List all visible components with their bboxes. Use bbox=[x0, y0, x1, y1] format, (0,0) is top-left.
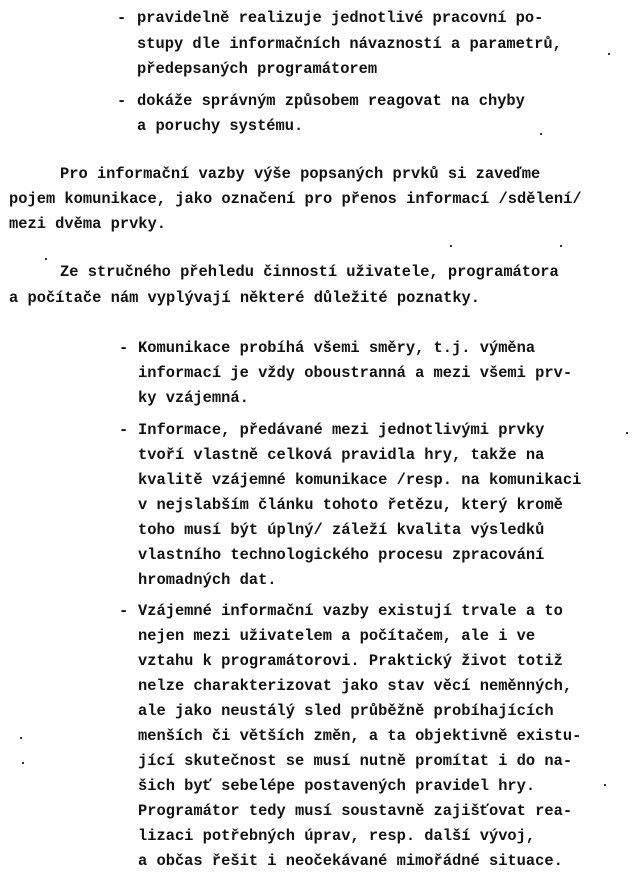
scan-speck bbox=[608, 53, 610, 55]
scan-speck bbox=[450, 245, 452, 247]
scan-speck bbox=[626, 432, 628, 434]
list-bullet-dash: - bbox=[117, 8, 126, 28]
paragraph-line: mezi dvěma prvky. bbox=[9, 214, 166, 234]
list-item-line: informací je vždy oboustranná a mezi vše… bbox=[138, 363, 572, 383]
list-item-line: dokáže správným způsobem reagovat na chy… bbox=[137, 91, 525, 111]
list-item-line: ale jako neustálý sled průběžně probíhaj… bbox=[138, 701, 554, 721]
list-item-line: vlastního technologického procesu zpraco… bbox=[138, 545, 544, 565]
paragraph-line: Ze stručného přehledu činností uživatele… bbox=[60, 262, 559, 282]
list-item-line: menších či větších změn, a ta objektivně… bbox=[138, 726, 581, 746]
scan-speck bbox=[540, 133, 542, 135]
list-item-line: hromadných dat. bbox=[138, 570, 277, 590]
list-item-line: nejen mezi uživatelem a počítačem, ale i… bbox=[138, 626, 535, 646]
list-item-line: Vzájemné informační vazby existují trval… bbox=[138, 601, 563, 621]
list-item-line: a poruchy systému. bbox=[137, 116, 303, 136]
scan-speck bbox=[560, 245, 562, 247]
list-item-line: ky vzájemná. bbox=[138, 388, 249, 408]
list-item-line: Komunikace probíhá všemi směry, t.j. vým… bbox=[138, 338, 535, 358]
list-item-line: a občas řešit i neočekávané mimořádné si… bbox=[138, 851, 563, 871]
scan-speck bbox=[604, 784, 606, 786]
list-bullet-dash: - bbox=[117, 91, 126, 111]
list-item-line: vztahu k programátorovi. Praktický život… bbox=[138, 651, 563, 671]
list-item-line: stupy dle informačních návazností a para… bbox=[137, 34, 562, 54]
list-item-line: v nejslabším článku tohoto řetězu, který… bbox=[138, 495, 563, 515]
list-item-line: pravidelně realizuje jednotlivé pracovní… bbox=[137, 8, 543, 28]
scan-speck bbox=[22, 762, 24, 764]
list-bullet-dash: - bbox=[119, 420, 128, 440]
paragraph-line: a počítače nám vyplývají některé důležit… bbox=[9, 288, 480, 308]
list-item-line: toho musí být úplný/ záleží kvalita výsl… bbox=[138, 520, 544, 540]
list-item-line: kvalitě vzájemné komunikace /resp. na ko… bbox=[138, 470, 581, 490]
list-item-line: šich byť sebelépe postavených pravidel h… bbox=[138, 776, 535, 796]
list-item-line: nelze charakterizovat jako stav věcí nem… bbox=[138, 676, 572, 696]
list-item-line: lizaci potřebných úprav, resp. další výv… bbox=[138, 826, 535, 846]
list-item-line: předepsaných programátorem bbox=[137, 59, 377, 79]
scan-speck bbox=[20, 737, 22, 739]
list-bullet-dash: - bbox=[119, 601, 128, 621]
list-item-line: Programátor tedy musí soustavně zajišťov… bbox=[138, 801, 572, 821]
list-bullet-dash: - bbox=[119, 338, 128, 358]
paragraph-line: pojem komunikace, jako označení pro přen… bbox=[9, 189, 582, 209]
scan-speck bbox=[45, 258, 47, 260]
list-item-line: tvoří vlastně celková pravidla hry, takž… bbox=[138, 445, 544, 465]
list-item-line: jící skutečnost se musí nutně promítat i… bbox=[138, 751, 572, 771]
paragraph-line: Pro informační vazby výše popsaných prvk… bbox=[60, 164, 540, 184]
list-item-line: Informace, předávané mezi jednotlivými p… bbox=[138, 420, 544, 440]
